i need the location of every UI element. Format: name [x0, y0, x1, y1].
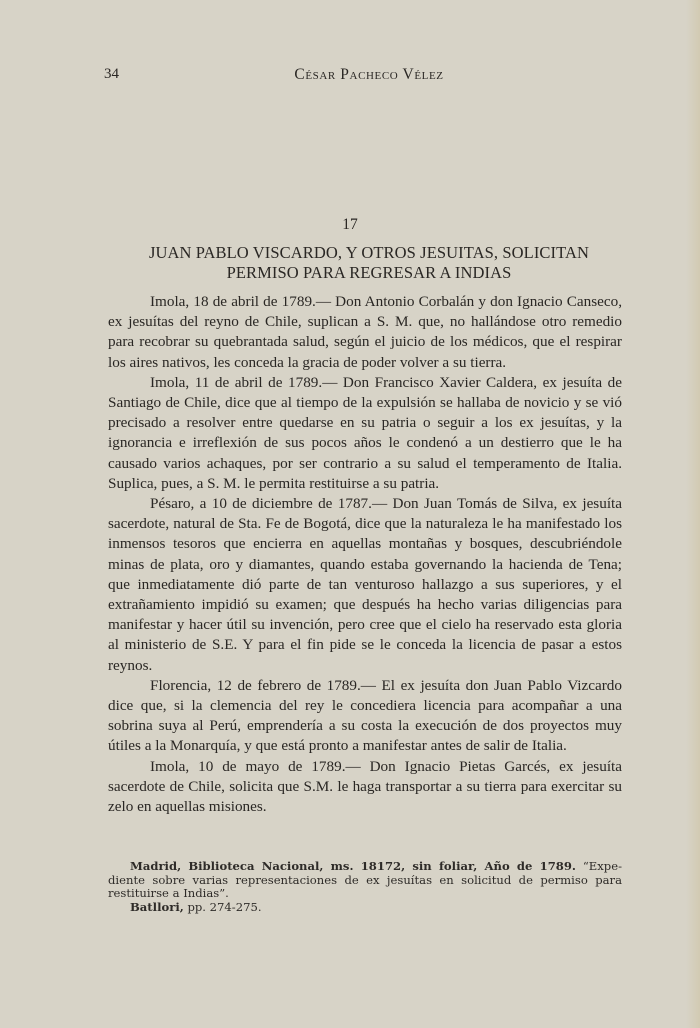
page-edge-shadow [686, 0, 700, 1028]
source-note: Madrid, Biblioteca Nacional, ms. 18172, … [108, 860, 622, 914]
document-number: 17 [0, 216, 700, 234]
source-reference-pages: pp. 274-275. [184, 900, 262, 914]
source-reference-author: Batllori, [130, 900, 184, 914]
document-title-line-1: JUAN PABLO VISCARDO, Y OTROS JESUITAS, S… [104, 243, 634, 263]
paragraph-vizcardo: Florencia, 12 de febrero de 1789.— El ex… [108, 676, 622, 757]
document-title: JUAN PABLO VISCARDO, Y OTROS JESUITAS, S… [104, 243, 634, 283]
paragraph-silva: Pésaro, a 10 de diciembre de 1787.— Don … [108, 494, 622, 676]
source-reference: Batllori, pp. 274-275. [108, 901, 622, 915]
running-head: 34 César Pacheco Vélez [104, 66, 634, 88]
paragraph-corbalan-canseco: Imola, 18 de abril de 1789.— Don Antonio… [108, 292, 622, 373]
running-title: César Pacheco Vélez [104, 66, 634, 84]
paragraph-pietas-garces: Imola, 10 de mayo de 1789.— Don Ignacio … [108, 757, 622, 818]
source-citation: Madrid, Biblioteca Nacional, ms. 18172, … [108, 860, 622, 901]
document-body: Imola, 18 de abril de 1789.— Don Antonio… [108, 292, 622, 817]
source-citation-archive: Madrid, Biblioteca Nacional, ms. 18172, … [130, 859, 576, 873]
paragraph-caldera: Imola, 11 de abril de 1789.— Don Francis… [108, 373, 622, 494]
document-title-line-2: PERMISO PARA REGRESAR A INDIAS [104, 263, 634, 283]
